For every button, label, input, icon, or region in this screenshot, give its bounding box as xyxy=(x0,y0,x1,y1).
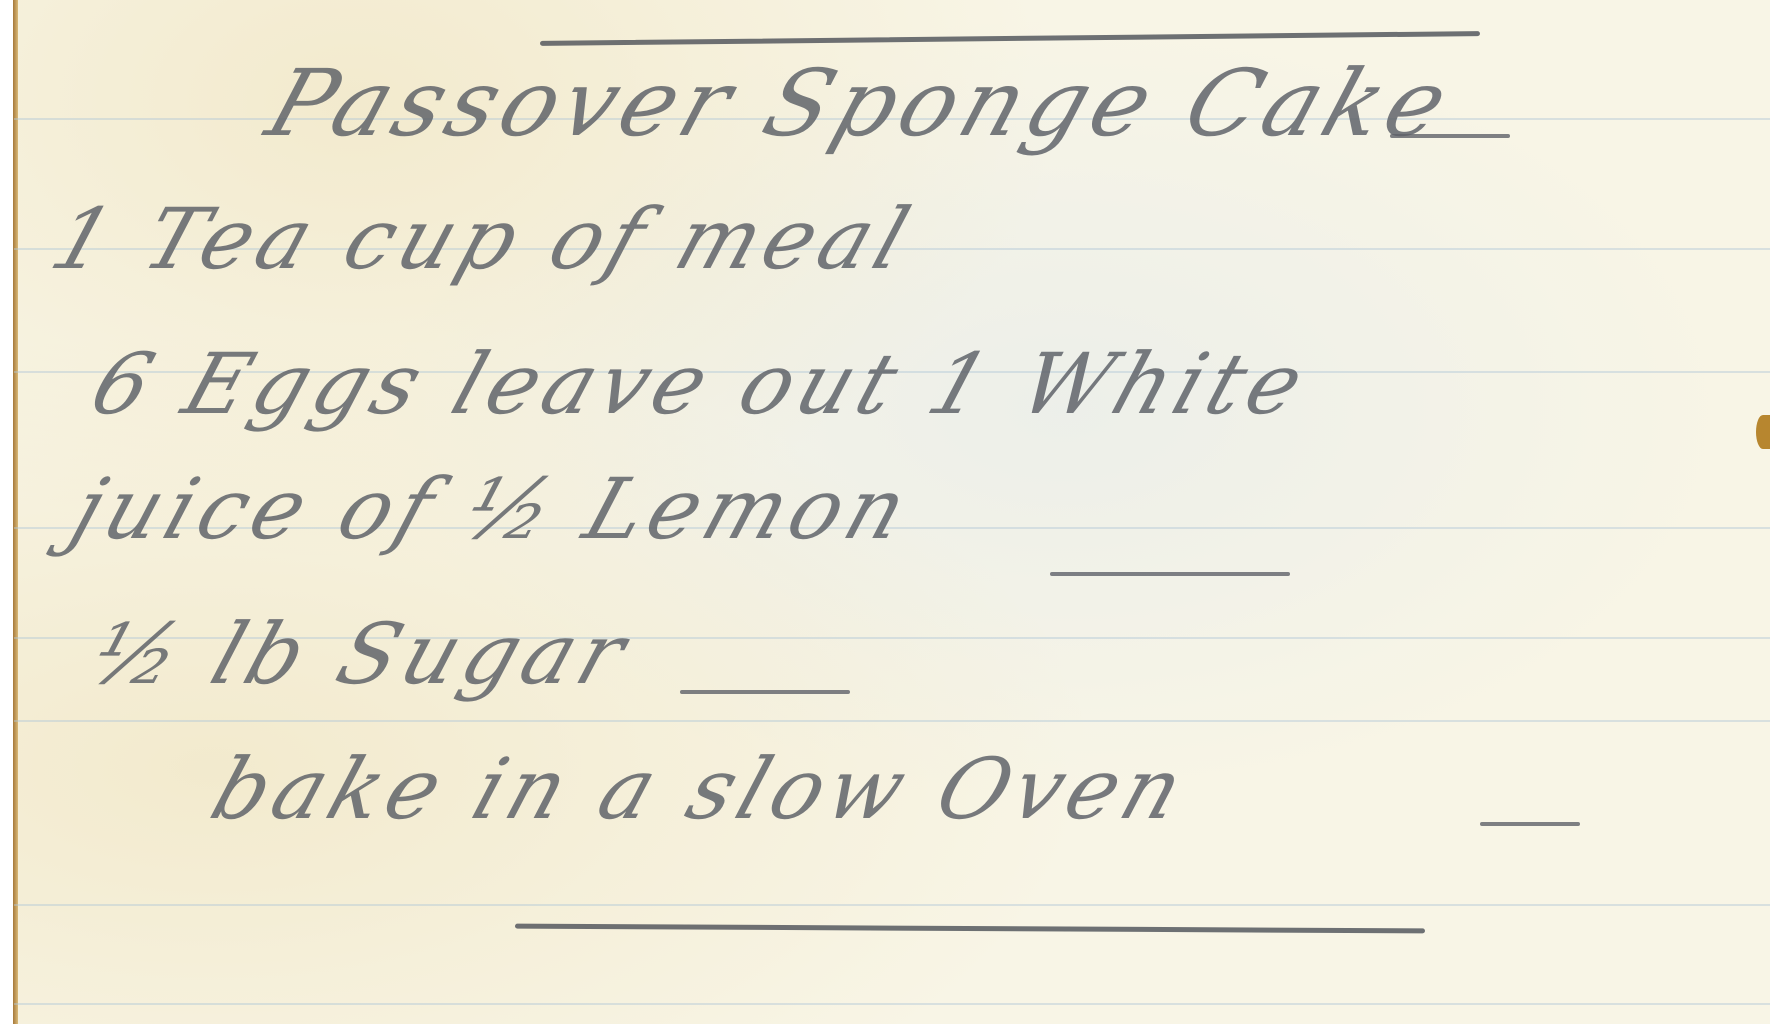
ingredient-quantity: 1 xyxy=(40,190,131,288)
line-flourish xyxy=(680,690,850,694)
title-flourish xyxy=(1390,134,1510,138)
ingredient-quantity: ½ xyxy=(80,605,199,703)
paper-left-edge xyxy=(0,0,14,1024)
ingredient-line: 1 Tea cup of meal xyxy=(40,190,926,288)
ingredient-text: Tea cup of meal xyxy=(132,190,926,288)
ingredient-line: ½ lb Sugar xyxy=(80,605,643,703)
ruled-line xyxy=(14,720,1770,722)
ingredient-quantity: 6 xyxy=(80,335,171,433)
ruled-line xyxy=(14,904,1770,906)
ruled-line xyxy=(14,1003,1770,1005)
paper-edge-stain xyxy=(1756,415,1770,449)
ingredient-line: juice of ½ Lemon xyxy=(60,460,925,558)
line-flourish xyxy=(1050,572,1290,576)
closing-underline xyxy=(515,924,1425,934)
recipe-instruction: bake in a slow Oven xyxy=(200,740,1201,838)
recipe-page: Passover Sponge Cake 1 Tea cup of meal 6… xyxy=(0,0,1770,1024)
ingredient-text: lb Sugar xyxy=(200,605,643,703)
title-overline xyxy=(540,31,1480,46)
recipe-title: Passover Sponge Cake xyxy=(255,50,1466,157)
line-flourish xyxy=(1480,822,1580,826)
ingredient-text: Eggs leave out 1 White xyxy=(172,335,1321,433)
ingredient-line: 6 Eggs leave out 1 White xyxy=(80,335,1321,433)
ingredient-text: juice of ½ Lemon xyxy=(60,460,925,558)
